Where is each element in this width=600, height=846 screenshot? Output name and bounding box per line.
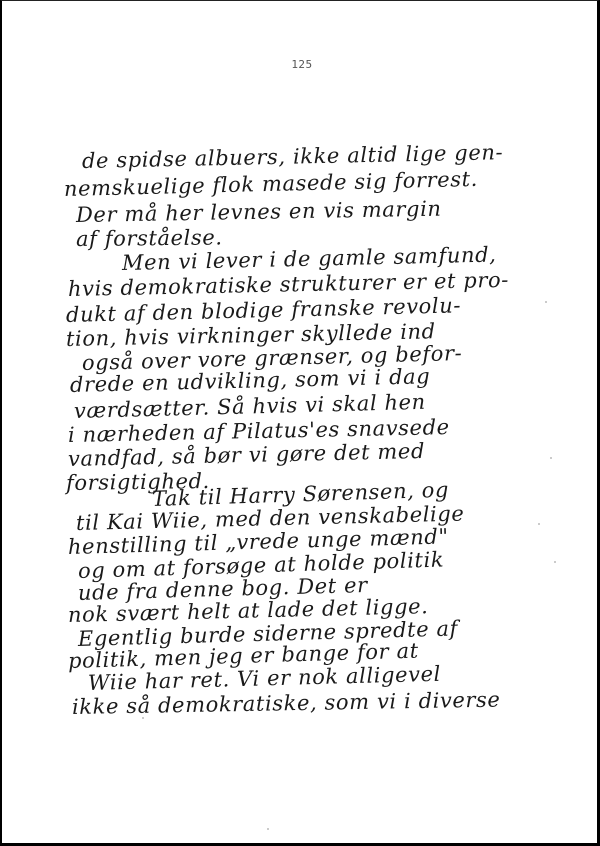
scan-speck bbox=[554, 561, 556, 563]
manuscript-line: nemskuelige flok masede sig forrest. bbox=[64, 169, 478, 200]
manuscript-line: af forståelse. bbox=[76, 227, 223, 250]
manuscript-line: vandfad, så bør vi gøre det med bbox=[68, 441, 425, 470]
manuscript-line: Der må her levnes en vis margin bbox=[76, 199, 442, 226]
scan-speck bbox=[545, 301, 547, 303]
handwritten-text-block: de spidse albuers, ikke altid lige gen- … bbox=[2, 1, 600, 846]
scanned-page: 125 de spidse albuers, ikke altid lige g… bbox=[0, 0, 600, 846]
scan-speck bbox=[142, 717, 144, 719]
scan-speck bbox=[538, 523, 540, 525]
manuscript-line: ikke så demokratiske, som vi i diverse bbox=[72, 690, 501, 718]
scan-speck bbox=[550, 457, 552, 459]
scan-speck bbox=[267, 828, 269, 830]
